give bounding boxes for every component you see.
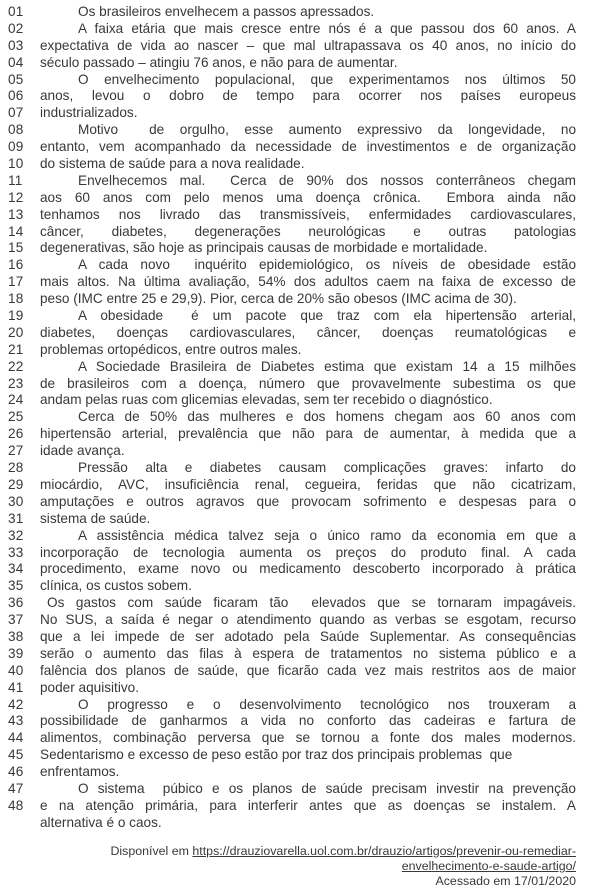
line-number: 46 <box>0 764 40 781</box>
text-line: 27idade avança. <box>0 443 589 460</box>
text-line: 03expectativa de vida ao nascer – que ma… <box>0 38 589 55</box>
line-text: hipertensão arterial, prevalência que nã… <box>40 426 576 443</box>
line-text: amputações e outros agravos que provocam… <box>40 494 576 511</box>
text-line: 13tenhamos nos livrado das transmissívei… <box>0 207 589 224</box>
line-text: A faixa etária que mais cresce entre nós… <box>40 21 576 38</box>
text-line: 35clínica, os custos sobem. <box>0 578 589 595</box>
text-line: 08Motivo de orgulho, esse aumento expres… <box>0 122 589 139</box>
line-text: O progresso e o desenvolvimento tecnológ… <box>40 697 576 714</box>
source-url-line1[interactable]: https://drauziovarella.uol.com.br/drauzi… <box>192 844 576 858</box>
line-text: poder aquisitivo. <box>40 680 576 697</box>
line-text: A assistência médica talvez seja o único… <box>40 528 576 545</box>
text-line: 24andam pelas ruas com glicemias elevada… <box>0 392 589 409</box>
line-text: enfrentamos. <box>40 764 576 781</box>
text-line: 43possibilidade de ganharmos a vida no c… <box>0 713 589 730</box>
line-number: 17 <box>0 274 40 291</box>
text-line: 38que a lei impede de ser adotado pela S… <box>0 629 589 646</box>
line-number: 42 <box>0 697 40 714</box>
text-line: 31sistema de saúde. <box>0 511 589 528</box>
line-text: O sistema púbico e os planos de saúde pr… <box>40 781 576 798</box>
line-text: mais altos. Na última avaliação, 54% dos… <box>40 274 576 291</box>
line-text: do sistema de saúde para a nova realidad… <box>40 156 576 173</box>
line-text: A Sociedade Brasileira de Diabetes estim… <box>40 359 576 376</box>
line-text: Sedentarismo e excesso de peso estão por… <box>40 747 576 764</box>
line-text: Os brasileiros envelhecem a passos apres… <box>40 4 576 21</box>
line-number: 45 <box>0 747 40 764</box>
line-number: 32 <box>0 528 40 545</box>
line-text: degenerativas, são hoje as principais ca… <box>40 240 576 257</box>
line-text: alimentos, combinação perversa que se to… <box>40 730 576 747</box>
line-text: peso (IMC entre 25 e 29,9). Pior, cerca … <box>40 291 576 308</box>
line-number: 12 <box>0 190 40 207</box>
line-number: 20 <box>0 325 40 342</box>
line-text: Motivo de orgulho, esse aumento expressi… <box>40 122 576 139</box>
text-line: 39serão o aumento das filas à espera de … <box>0 646 589 663</box>
line-text: procedimento, exame novo ou medicamento … <box>40 561 576 578</box>
text-line: 12aos 60 anos com pelo menos uma doença … <box>0 190 589 207</box>
line-number: 04 <box>0 55 40 72</box>
line-number: 19 <box>0 308 40 325</box>
text-line: 29miocárdio, AVC, insuficiência renal, c… <box>0 477 589 494</box>
source-line-2: envelhecimento-e-saude-artigo/ <box>0 859 576 874</box>
line-number: 29 <box>0 477 40 494</box>
text-line: 04século passado – atingiu 76 anos, e nã… <box>0 55 589 72</box>
text-line: 47O sistema púbico e os planos de saúde … <box>0 781 589 798</box>
line-number: 01 <box>0 4 40 21</box>
line-text: problemas ortopédicos, entre outros male… <box>40 342 576 359</box>
line-number: 08 <box>0 122 40 139</box>
line-number: 27 <box>0 443 40 460</box>
available-prefix: Disponível em <box>110 844 192 858</box>
line-number: 44 <box>0 730 40 747</box>
text-line: 45Sedentarismo e excesso de peso estão p… <box>0 747 589 764</box>
line-number: 05 <box>0 72 40 89</box>
text-line: 06anos, levou o dobro de tempo para ocor… <box>0 88 589 105</box>
line-number: 35 <box>0 578 40 595</box>
text-line: 37No SUS, a saída é negar o atendimento … <box>0 612 589 629</box>
line-text: e na atenção primária, para interferir a… <box>40 798 576 815</box>
line-number: 14 <box>0 224 40 241</box>
line-text: Envelhecemos mal. Cerca de 90% dos nosso… <box>40 173 576 190</box>
line-number: 13 <box>0 207 40 224</box>
accessed-date: Acessado em 17/01/2020 <box>0 874 576 889</box>
line-number: 18 <box>0 291 40 308</box>
text-line: 22A Sociedade Brasileira de Diabetes est… <box>0 359 589 376</box>
line-text: miocárdio, AVC, insuficiência renal, ceg… <box>40 477 576 494</box>
line-text: Cerca de 50% das mulheres e dos homens c… <box>40 409 576 426</box>
text-line: 32A assistência médica talvez seja o úni… <box>0 528 589 545</box>
line-number: 22 <box>0 359 40 376</box>
text-line: 30amputações e outros agravos que provoc… <box>0 494 589 511</box>
line-number: 28 <box>0 460 40 477</box>
line-text: diabetes, doenças cardiovasculares, cânc… <box>40 325 576 342</box>
document-page: 01Os brasileiros envelhecem a passos apr… <box>0 0 589 890</box>
line-number <box>0 815 40 832</box>
line-number: 41 <box>0 680 40 697</box>
line-number: 03 <box>0 38 40 55</box>
text-line: 02A faixa etária que mais cresce entre n… <box>0 21 589 38</box>
text-line: 07industrializados. <box>0 105 589 122</box>
line-number: 09 <box>0 139 40 156</box>
text-line: 23de brasileiros com a doença, número qu… <box>0 376 589 393</box>
line-text: tenhamos nos livrado das transmissíveis,… <box>40 207 576 224</box>
text-line: 17mais altos. Na última avaliação, 54% d… <box>0 274 589 291</box>
line-number: 11 <box>0 173 40 190</box>
line-number: 26 <box>0 426 40 443</box>
line-text: entanto, vem acompanhado da necessidade … <box>40 139 576 156</box>
line-text: O envelhecimento populacional, que exper… <box>40 72 576 89</box>
text-body: 01Os brasileiros envelhecem a passos apr… <box>0 4 589 832</box>
line-number: 06 <box>0 88 40 105</box>
line-number: 33 <box>0 545 40 562</box>
text-line: 15degenerativas, são hoje as principais … <box>0 240 589 257</box>
line-number: 16 <box>0 257 40 274</box>
line-number: 24 <box>0 392 40 409</box>
line-number: 07 <box>0 105 40 122</box>
line-text: que a lei impede de ser adotado pela Saú… <box>40 629 576 646</box>
line-text: falência dos planos de saúde, que ficarã… <box>40 663 576 680</box>
text-line: 21problemas ortopédicos, entre outros ma… <box>0 342 589 359</box>
line-text: No SUS, a saída é negar o atendimento qu… <box>40 612 576 629</box>
line-text: século passado – atingiu 76 anos, e não … <box>40 55 576 72</box>
source-citation: Disponível em https://drauziovarella.uol… <box>0 844 589 890</box>
line-number: 47 <box>0 781 40 798</box>
text-line: 10do sistema de saúde para a nova realid… <box>0 156 589 173</box>
line-number: 36 <box>0 595 40 612</box>
line-number: 10 <box>0 156 40 173</box>
line-text: A cada novo inquérito epidemiológico, os… <box>40 257 576 274</box>
text-line: 05O envelhecimento populacional, que exp… <box>0 72 589 89</box>
text-line: 25Cerca de 50% das mulheres e dos homens… <box>0 409 589 426</box>
text-line: 33incorporação de tecnologia aumenta os … <box>0 545 589 562</box>
line-number: 25 <box>0 409 40 426</box>
line-number: 38 <box>0 629 40 646</box>
line-text: alternativa é o caos. <box>40 815 576 832</box>
line-number: 31 <box>0 511 40 528</box>
line-text: anos, levou o dobro de tempo para ocorre… <box>40 88 576 105</box>
line-text: clínica, os custos sobem. <box>40 578 576 595</box>
line-number: 30 <box>0 494 40 511</box>
line-number: 43 <box>0 713 40 730</box>
line-text: expectativa de vida ao nascer – que mal … <box>40 38 576 55</box>
text-line: 19A obesidade é um pacote que traz com e… <box>0 308 589 325</box>
line-text: Pressão alta e diabetes causam complicaç… <box>40 460 576 477</box>
line-text: de brasileiros com a doença, número que … <box>40 376 576 393</box>
text-line: 11Envelhecemos mal. Cerca de 90% dos nos… <box>0 173 589 190</box>
text-line: 16A cada novo inquérito epidemiológico, … <box>0 257 589 274</box>
text-line: 42O progresso e o desenvolvimento tecnol… <box>0 697 589 714</box>
line-number: 34 <box>0 561 40 578</box>
text-line: 20diabetes, doenças cardiovasculares, câ… <box>0 325 589 342</box>
text-line: 26hipertensão arterial, prevalência que … <box>0 426 589 443</box>
text-line: 44alimentos, combinação perversa que se … <box>0 730 589 747</box>
source-url-line2[interactable]: envelhecimento-e-saude-artigo/ <box>402 859 576 873</box>
line-number: 37 <box>0 612 40 629</box>
text-line: 18peso (IMC entre 25 e 29,9). Pior, cerc… <box>0 291 589 308</box>
text-line: 01Os brasileiros envelhecem a passos apr… <box>0 4 589 21</box>
line-number: 48 <box>0 798 40 815</box>
text-line: 34procedimento, exame novo ou medicament… <box>0 561 589 578</box>
text-line: 14câncer, diabetes, degenerações neuroló… <box>0 224 589 241</box>
source-line-1: Disponível em https://drauziovarella.uol… <box>0 844 576 859</box>
line-number: 39 <box>0 646 40 663</box>
text-line: 46enfrentamos. <box>0 764 589 781</box>
text-line: 41poder aquisitivo. <box>0 680 589 697</box>
line-text: câncer, diabetes, degenerações neurológi… <box>40 224 576 241</box>
text-line: 28Pressão alta e diabetes causam complic… <box>0 460 589 477</box>
text-line: 36Os gastos com saúde ficaram tão elevad… <box>0 595 589 612</box>
line-text: sistema de saúde. <box>40 511 576 528</box>
text-line: 40falência dos planos de saúde, que fica… <box>0 663 589 680</box>
line-text: incorporação de tecnologia aumenta os pr… <box>40 545 576 562</box>
line-text: A obesidade é um pacote que traz com ela… <box>40 308 576 325</box>
line-number: 40 <box>0 663 40 680</box>
line-number: 23 <box>0 376 40 393</box>
line-number: 21 <box>0 342 40 359</box>
line-text: industrializados. <box>40 105 576 122</box>
line-text: aos 60 anos com pelo menos uma doença cr… <box>40 190 576 207</box>
line-text: Os gastos com saúde ficaram tão elevados… <box>40 595 576 612</box>
text-line: 09entanto, vem acompanhado da necessidad… <box>0 139 589 156</box>
line-text: possibilidade de ganharmos a vida no con… <box>40 713 576 730</box>
text-line: 48e na atenção primária, para interferir… <box>0 798 589 815</box>
text-line: alternativa é o caos. <box>0 815 589 832</box>
line-text: andam pelas ruas com glicemias elevadas,… <box>40 392 576 409</box>
line-text: serão o aumento das filas à espera de tr… <box>40 646 576 663</box>
line-number: 15 <box>0 240 40 257</box>
line-text: idade avança. <box>40 443 576 460</box>
line-number: 02 <box>0 21 40 38</box>
